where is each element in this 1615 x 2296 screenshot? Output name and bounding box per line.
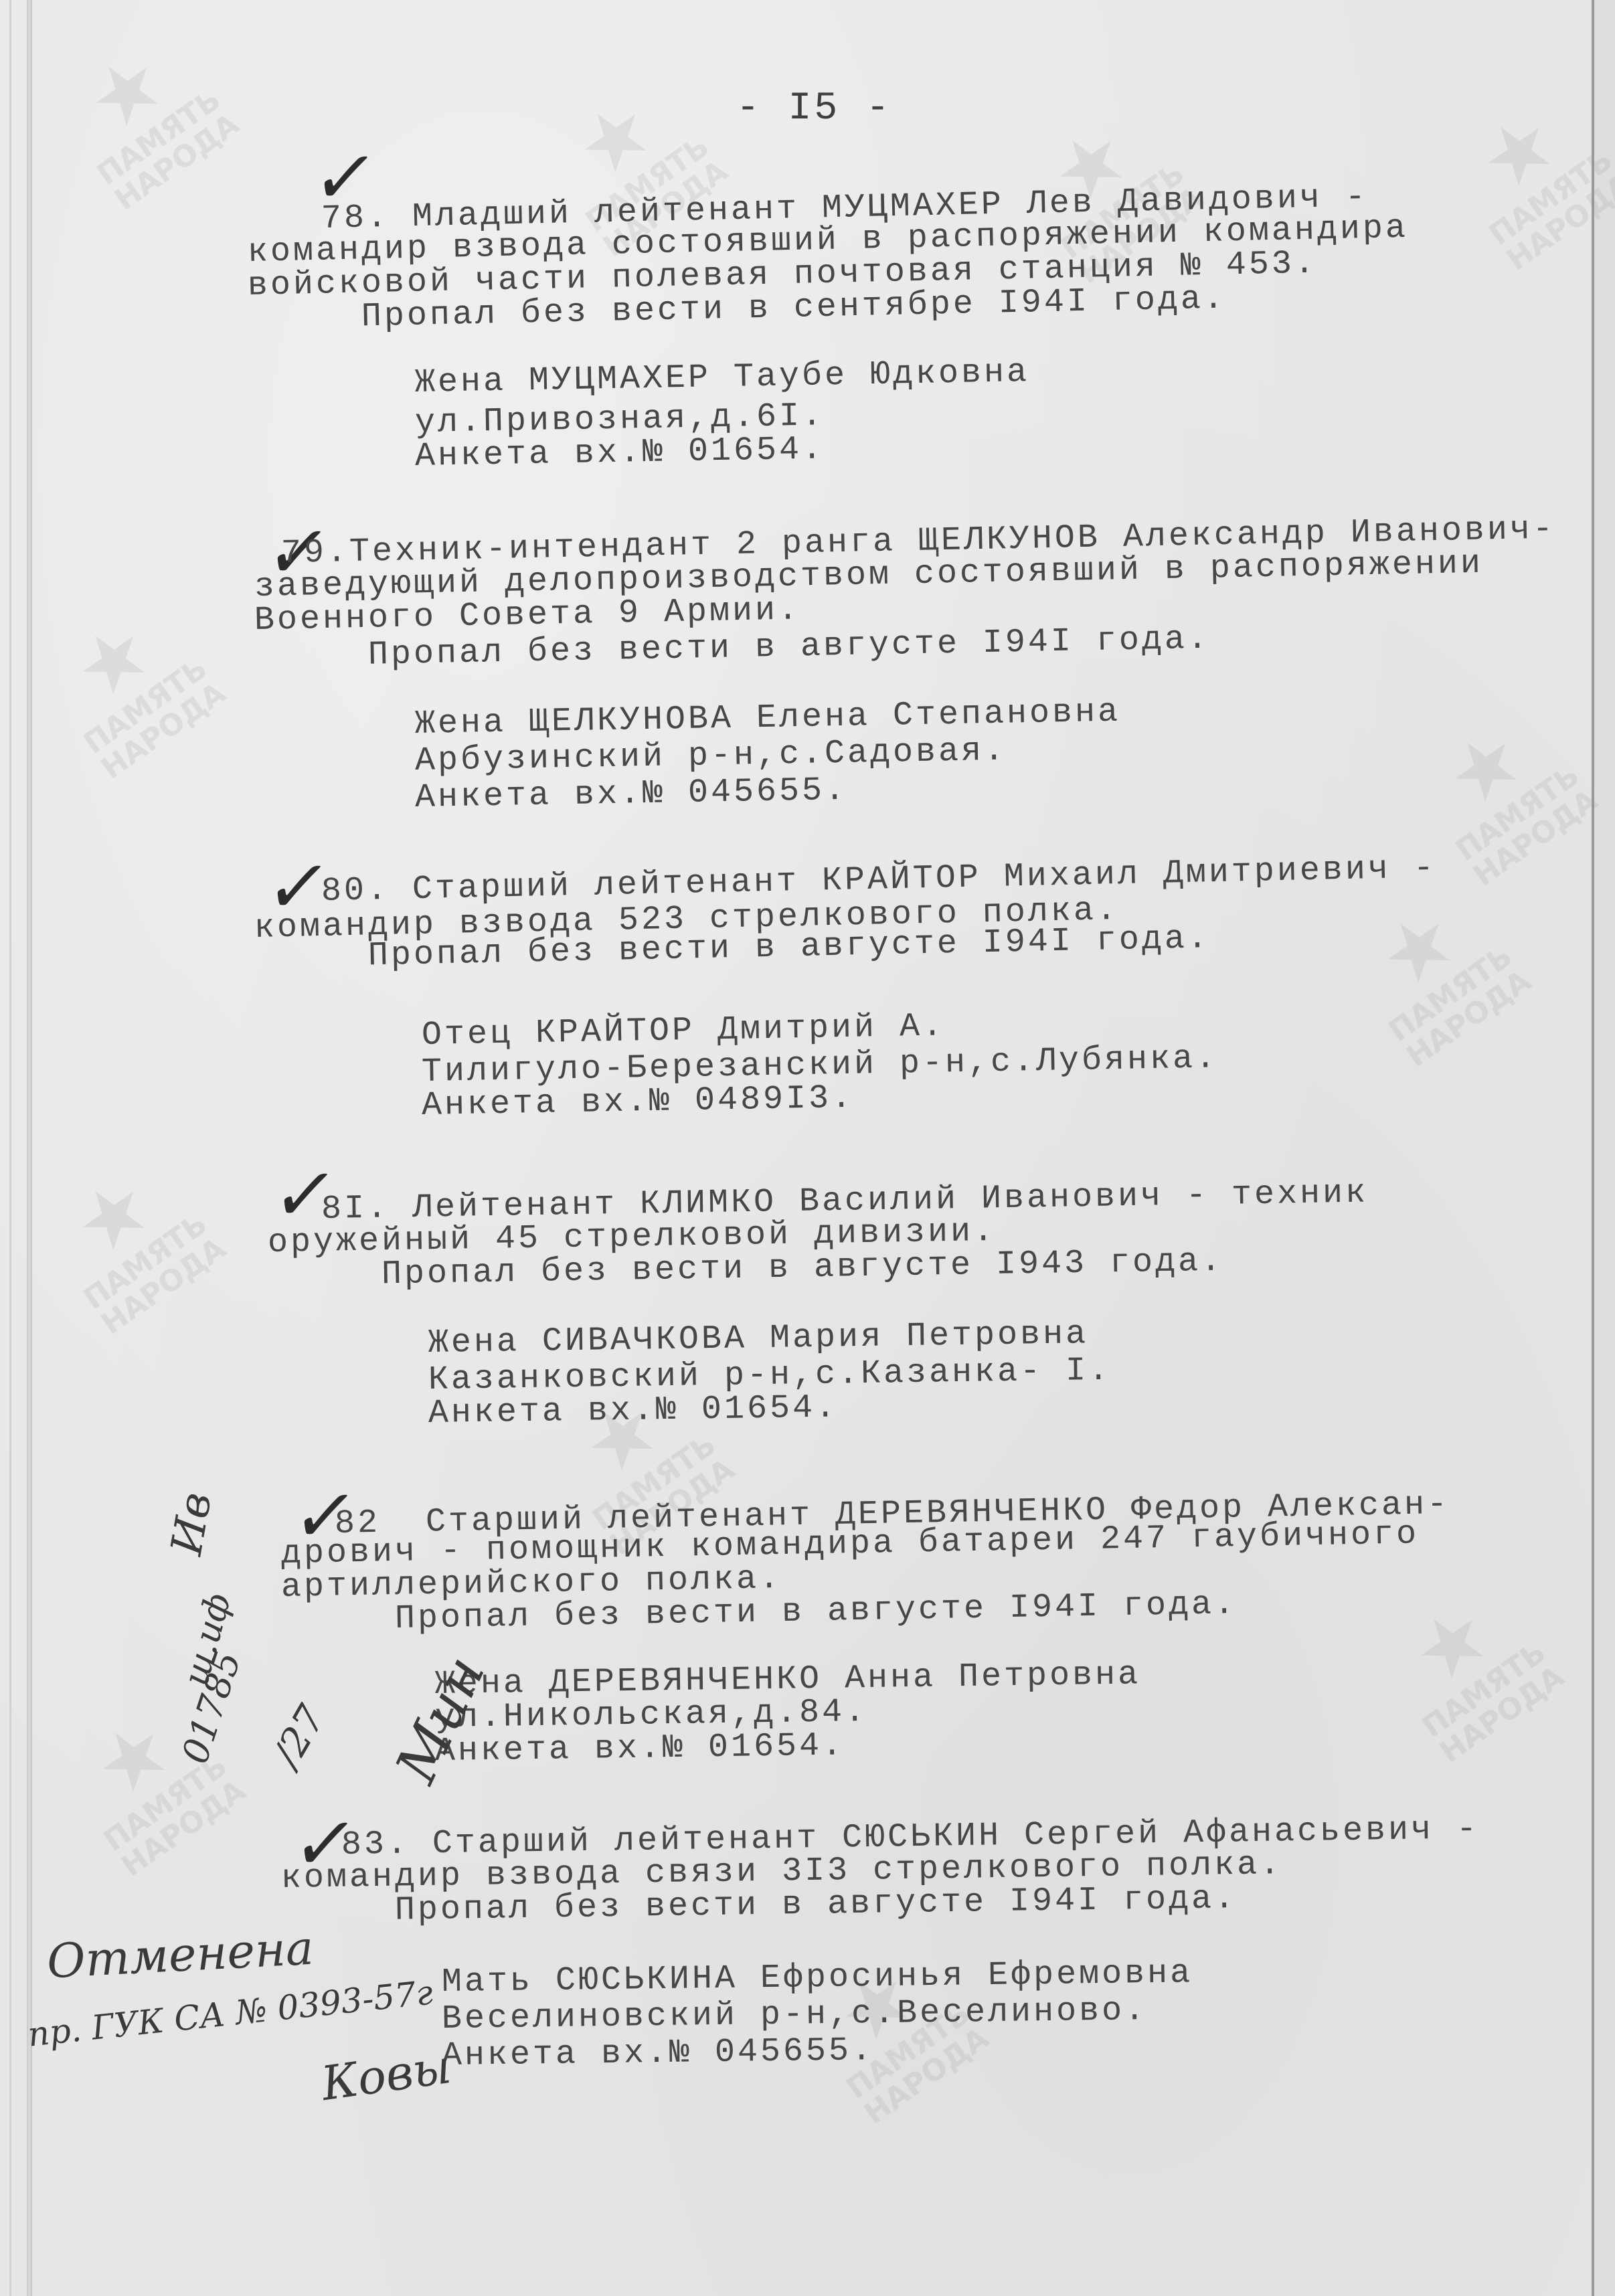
page-binding-edge <box>9 0 11 2296</box>
questionnaire-number: Анкета вх.№ 01654. <box>415 431 825 476</box>
questionnaire-number: Анкета вх.№ 01654. <box>428 1389 839 1433</box>
questionnaire-number: Анкета вх.№ 045655. <box>415 772 848 817</box>
questionnaire-number: Анкета вх.№ 01654. <box>435 1727 845 1771</box>
questionnaire-number: Анкета вх.№ 045655. <box>442 2032 875 2075</box>
page-number: - I5 - <box>736 87 892 130</box>
page-binding-shadow <box>27 0 32 2296</box>
questionnaire-number: Анкета вх.№ 0489I3. <box>422 1080 855 1125</box>
next-page-strip <box>1594 0 1615 2296</box>
